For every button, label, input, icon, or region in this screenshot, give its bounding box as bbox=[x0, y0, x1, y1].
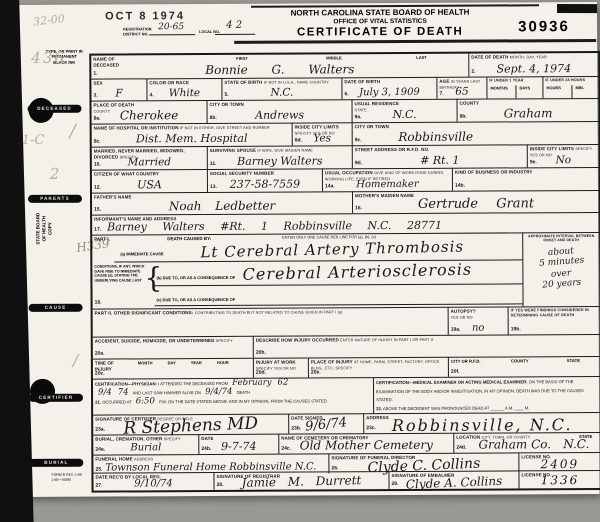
field-label: CITIZEN OF WHAT COUNTRY bbox=[94, 171, 205, 177]
item-22-number: 22. bbox=[376, 406, 382, 411]
tab-burial: BURIAL bbox=[29, 459, 83, 467]
field-date-received: DATE REC'D BY LOCAL REG. 27. 9/10/74 bbox=[93, 472, 213, 491]
hint-last: LAST bbox=[416, 55, 426, 60]
field-residence-county: COUNTY 9b. Graham bbox=[456, 98, 598, 122]
field-burial-type: BURIAL, CREMATION, OTHER SPECIFY 24a. Bu… bbox=[93, 434, 198, 455]
location-state-value: N.C. bbox=[556, 437, 596, 451]
interval-header: APPROXIMATE INTERVAL BETWEEN ONSET AND D… bbox=[525, 234, 597, 243]
attended-from-value: February bbox=[229, 378, 274, 388]
field-value: N.C. bbox=[222, 86, 341, 99]
field-value: Sept. 4, 1974 bbox=[469, 62, 598, 76]
field-value: Burial bbox=[93, 442, 198, 454]
field-label: STREET ADDRESS OR R.F.D. NO. bbox=[355, 146, 525, 153]
field-value: Gertrude Grant bbox=[353, 196, 599, 212]
alive-date-value: 9/4/74 bbox=[202, 387, 235, 397]
field-value: Barney Walters #Rt. 1 Robbinsville N.C. … bbox=[107, 218, 599, 234]
form-edition-note: FORM B REV. 1-65 1-65—500M bbox=[51, 473, 91, 483]
field-value: USA bbox=[92, 178, 207, 192]
field-number: 20b. bbox=[256, 350, 266, 356]
field-if-under-1-year: IF UNDER 1 YEAR MONTHS DAYS bbox=[486, 76, 542, 98]
section-cause-part1: PART I. DEATH CAUSED BY: ENTER ONLY ONE … bbox=[92, 232, 522, 308]
field-informant: INFORMANT'S NAME AND ADDRESS 17. Barney … bbox=[92, 212, 599, 235]
tab-cause: CAUSE bbox=[29, 304, 83, 312]
injury-county-label: COUNTY bbox=[511, 358, 529, 363]
field-age: AGE IN YEARS LAST BIRTHDAY 7. 65 bbox=[436, 77, 486, 99]
pencil-436: 436 bbox=[31, 49, 66, 67]
field-label: SEX bbox=[93, 80, 144, 86]
section-certification-physician: CERTIFICATION—PHYSICIAN: I ATTENDED THE … bbox=[93, 377, 373, 414]
cause-line-c-value bbox=[203, 289, 513, 291]
attended-from-year: 62 bbox=[275, 378, 292, 388]
field-value: Graham bbox=[458, 106, 599, 121]
column-min: MIN. bbox=[575, 85, 583, 90]
field-label: DESCRIBE HOW INJURY OCCURRED ENTER NATUR… bbox=[256, 336, 598, 344]
field-value: 1336 bbox=[519, 473, 600, 487]
attended-text: I ATTENDED THE DECEASED FROM bbox=[158, 381, 228, 386]
am-label: A.M. bbox=[505, 405, 513, 410]
field-if-under-24-hours: IF UNDER 24 HOURS HOURS MIN. bbox=[542, 76, 598, 98]
field-cemetery-location: LOCATION CITY, TOWN, OR COUNTY STATE 24d… bbox=[453, 432, 600, 453]
field-color-or-race: COLOR OR RACE 4. White bbox=[146, 78, 221, 100]
examiner-text: EXAMINATION OF THE BODY AND/OR INVESTIGA… bbox=[376, 388, 584, 402]
item-21-number: 21. bbox=[95, 399, 101, 404]
field-value: 9/10/74 bbox=[93, 478, 213, 490]
last-saw-alive-text: AND LAST SAW HIM/HER ALIVE ON bbox=[132, 390, 201, 395]
field-injury-location: CITY OR R.F.D. COUNTY STATE 20f. bbox=[448, 356, 600, 377]
header-bottom-rule bbox=[234, 39, 596, 44]
date-received-stamp: OCT 8 1974 bbox=[105, 10, 185, 22]
field-value: Old Mother Cemetery bbox=[279, 438, 453, 453]
field-label: SURVIVING SPOUSE IF WIFE, GIVE MAIDEN NA… bbox=[210, 147, 350, 153]
page-title: CERTIFICATE OF DEATH bbox=[249, 25, 511, 41]
injury-city-label: CITY OR R.F.D. bbox=[451, 359, 481, 364]
certificate-number: 30936 bbox=[518, 18, 570, 35]
examiner-basis-note: ON THE BASIS OF THE bbox=[529, 379, 574, 384]
field-residence-state: USUAL RESIDENCESTATE 9a. N.C. bbox=[351, 99, 456, 123]
death-caused-by-label: DEATH CAUSED BY: bbox=[167, 236, 211, 241]
field-label: SOCIAL SECURITY NUMBER bbox=[210, 170, 320, 176]
pencil-slash-2: / bbox=[73, 351, 78, 370]
field-place-of-death-city: CITY OR TOWN 8b. Andrews bbox=[207, 99, 352, 123]
field-number: 17. bbox=[94, 227, 101, 233]
field-number: 20a. bbox=[95, 351, 105, 357]
field-label: DATE OF BIRTH bbox=[344, 79, 434, 85]
field-date-of-birth: DATE OF BIRTH 6. July 3, 1909 bbox=[341, 77, 436, 99]
field-number: 20f. bbox=[451, 369, 460, 375]
field-number: 14b. bbox=[455, 183, 465, 189]
field-usual-occupation: USUAL OCCUPATION GIVE KIND OF WORK DONE … bbox=[322, 168, 452, 192]
attended-to-value: 9/4 bbox=[95, 388, 115, 398]
section-part2-conditions: PART II. OTHER SIGNIFICANT CONDITIONS: C… bbox=[93, 307, 448, 337]
field-sex: SEX 3. F bbox=[91, 78, 146, 100]
field-certifier-address: ADDRESS 23c. Robbinsville, N.C. bbox=[363, 412, 600, 433]
field-father-name: FATHER'S NAME 15. Noah Ledbetter bbox=[92, 191, 352, 214]
column-days: DAYS bbox=[519, 85, 530, 90]
examiner-cert-title: CERTIFICATION—MEDICAL EXAMINER OR ACTING… bbox=[376, 379, 528, 385]
section-cause-interval: APPROXIMATE INTERVAL BETWEEN ONSET AND D… bbox=[522, 232, 599, 306]
field-value: Bonnie G. Walters bbox=[91, 62, 468, 78]
death-word: DEATH bbox=[237, 390, 251, 395]
field-time-of-injury: TIME OF INJURY MONTH DAY YEAR HOUR 20c. bbox=[93, 358, 253, 379]
field-mother-maiden-name: MOTHER'S MAIDEN NAME 16. Gertrude Grant bbox=[352, 190, 599, 213]
field-name-of-deceased: NAME OF DECEASED FIRST MIDDLE LAST 1. Bo… bbox=[91, 54, 468, 79]
field-number: 20d. bbox=[256, 370, 266, 376]
field-number: 20c. bbox=[95, 371, 105, 377]
field-label: PART II. OTHER SIGNIFICANT CONDITIONS: C… bbox=[95, 309, 446, 317]
certificate-form: NAME OF DECEASED FIRST MIDDLE LAST 1. Bo… bbox=[89, 51, 600, 493]
field-value: Noah Ledbetter bbox=[92, 198, 352, 213]
header-title-block: NORTH CAROLINA STATE BOARD OF HEALTH OFF… bbox=[249, 7, 511, 40]
scan-corner-artifact bbox=[557, 4, 597, 13]
section-certification-examiner: CERTIFICATION—MEDICAL EXAMINER OR ACTING… bbox=[373, 376, 600, 413]
field-residence-city: CITY OR TOWN 9c. Robbinsville bbox=[352, 121, 599, 145]
pronounced-dead-text: ABOVE THE DECEDENT WAS PRONOUNCED DEAD A… bbox=[383, 405, 489, 411]
field-value: Cherokee bbox=[92, 108, 207, 123]
field-value: N.C. bbox=[353, 108, 457, 122]
field-value: Married bbox=[92, 156, 207, 169]
field-label: PLACE OF INJURY AT HOME, FARM, STREET, F… bbox=[311, 359, 446, 371]
copy-designation-note: STATE BOARD OF HEALTH COPY bbox=[35, 199, 53, 259]
field-injury-at-work: INJURY AT WORK SPECIFY YES OR NO 20d. bbox=[253, 357, 308, 377]
field-value: 9-7-74 bbox=[199, 440, 278, 453]
field-value: Dist. Mem. Hospital bbox=[92, 132, 292, 146]
hint-first: FIRST bbox=[236, 56, 248, 61]
field-cemetery-name: NAME OF CEMETERY OR CREMATORY 24c. Old M… bbox=[278, 433, 453, 454]
field-business-industry: KIND OF BUSINESS OR INDUSTRY 14b. bbox=[452, 167, 599, 191]
pencil-1c: 1-C bbox=[22, 133, 45, 148]
field-signature-of-certifier: SIGNATURE OF CERTIFIER DEGREE OR TITLE 2… bbox=[93, 414, 288, 435]
field-label: DATE OF DEATH MONTH, DAY, YEAR bbox=[471, 54, 596, 60]
field-label: KIND OF BUSINESS OR INDUSTRY bbox=[455, 169, 597, 175]
field-surviving-spouse: SURVIVING SPOUSE IF WIFE, GIVE MAIDEN NA… bbox=[207, 145, 352, 169]
due-to-c-label: (c) DUE TO, OR AS A CONSEQUENCE OF bbox=[157, 297, 236, 302]
field-autopsy: AUTOPSY?YES OR NO 19a. no bbox=[448, 306, 508, 334]
ampm-label: P.M. bbox=[159, 399, 167, 404]
field-residence-inside-city-limits: INSIDE CITY LIMITS SPECIFY YES OR NO 9e.… bbox=[527, 144, 599, 167]
tab-certifier: CERTIFIER bbox=[29, 394, 83, 402]
part1-label: PART I. bbox=[94, 237, 110, 242]
field-label: ACCIDENT, SUICIDE, HOMICIDE, OR UNDETERM… bbox=[95, 338, 251, 345]
field-label: STATE OF BIRTH IF NOT IN U.S.A., NAME CO… bbox=[224, 79, 339, 85]
hint-middle: MIDDLE bbox=[326, 55, 341, 60]
tab-deceased: DECEASED bbox=[28, 105, 82, 113]
field-value: No bbox=[528, 154, 599, 166]
field-hospital: NAME OF HOSPITAL OR INSTITUTION IF NOT I… bbox=[92, 123, 292, 147]
field-date-signed: DATE SIGNED 23b. 9/6/74 bbox=[288, 413, 363, 433]
conditions-note: CONDITIONS, IF ANY, WHICH GAVE RISE TO I… bbox=[94, 264, 144, 283]
column-divider bbox=[571, 85, 572, 98]
field-value: 65 bbox=[437, 86, 486, 98]
field-embalmer-license: LICENSE NO. 1336 bbox=[518, 470, 600, 488]
cause-line-b-value: Cerebral Arteriosclerosis bbox=[202, 259, 512, 285]
item-18-number: 18. bbox=[95, 300, 102, 306]
field-value: Robbinsville bbox=[273, 129, 599, 145]
field-date-of-death: DATE OF DEATH MONTH, DAY, YEAR 2. Sept. … bbox=[468, 53, 598, 77]
field-value: 237-58-7559 bbox=[208, 177, 322, 191]
field-value: Andrews bbox=[208, 108, 352, 122]
field-label: CITY OR TOWN bbox=[210, 101, 350, 107]
field-label: COLOR OR RACE bbox=[149, 80, 219, 86]
time-columns: MONTH DAY YEAR HOUR bbox=[138, 360, 229, 365]
field-place-of-death-county: PLACE OF DEATHCOUNTY 8a. Cherokee bbox=[92, 100, 207, 124]
local-number-value: 4 2 bbox=[217, 20, 251, 31]
field-value: White bbox=[147, 87, 221, 99]
field-value: Barney Walters bbox=[208, 154, 352, 168]
interval-b-value: over 20 years bbox=[523, 266, 600, 292]
field-number: 20e. bbox=[311, 369, 321, 375]
occurred-at-text: OCCURRED AT bbox=[102, 399, 131, 404]
pencil-code: 32-00 bbox=[32, 12, 65, 28]
field-street-address: STREET ADDRESS OR R.F.D. NO. 9d. # Rt. 1 bbox=[352, 144, 527, 168]
field-burial-date: DATE 24b. 9-7-74 bbox=[198, 434, 278, 454]
field-marital-status: MARRIED, NEVER MARRIED, WIDOWED, DIVORCE… bbox=[92, 146, 207, 170]
field-how-injury-occurred: DESCRIBE HOW INJURY OCCURRED ENTER NATUR… bbox=[253, 334, 600, 358]
field-value: July 3, 1909 bbox=[342, 87, 436, 98]
field-label: AUTOPSY?YES OR NO bbox=[451, 308, 506, 320]
field-label: IF UNDER 24 HOURS bbox=[545, 78, 596, 83]
registration-district-value: 20-65 bbox=[151, 22, 191, 32]
pencil-2: 2 bbox=[50, 165, 60, 183]
column-divider bbox=[515, 85, 516, 98]
field-label: IF UNDER 1 YEAR bbox=[489, 78, 540, 83]
column-hours: HOURS bbox=[546, 85, 560, 90]
field-state-of-birth: STATE OF BIRTH IF NOT IN U.S.A., NAME CO… bbox=[221, 77, 341, 100]
certificate-paper: 32-00 OCT 8 1974 REGISTRATION DISTRICT N… bbox=[19, 2, 600, 497]
field-place-of-injury: PLACE OF INJURY AT HOME, FARM, STREET, F… bbox=[308, 357, 448, 378]
field-citizen-of: CITIZEN OF WHAT COUNTRY 12. USA bbox=[92, 169, 207, 193]
physician-cert-title: CERTIFICATION—PHYSICIAN: bbox=[95, 381, 157, 386]
field-value: # Rt. 1 bbox=[353, 153, 527, 167]
field-value: F bbox=[91, 87, 146, 99]
field-number: 19b. bbox=[511, 326, 521, 332]
pencil-slash-1: / bbox=[70, 121, 76, 142]
occurred-rest-text: ON THE DATE STATED ABOVE, AND IN MY OPIN… bbox=[168, 398, 328, 404]
field-registrar-signature: SIGNATURE OF REGISTRAR 28. Jamie M. Durr… bbox=[213, 471, 388, 490]
attended-to-year: 74 bbox=[115, 388, 132, 398]
injury-state-label: STATE bbox=[567, 358, 580, 363]
field-autopsy-findings: IF YES WERE FINDINGS CONSIDERED IN DETER… bbox=[508, 306, 600, 334]
field-value: Homemaker bbox=[323, 179, 452, 191]
registrar-signature: Jamie M. Durrett bbox=[214, 473, 388, 491]
column-months: MONTHS bbox=[490, 85, 507, 90]
field-label: IF YES WERE FINDINGS CONSIDERED IN DETER… bbox=[511, 308, 598, 318]
field-embalmer-signature: SIGNATURE OF EMBALMER 29. Clyde A. Colli… bbox=[388, 470, 518, 489]
field-label: NAME OF HOSPITAL OR INSTITUTION IF NOT I… bbox=[94, 125, 290, 132]
death-time-value: 6:50 bbox=[133, 396, 158, 406]
field-social-security-number: SOCIAL SECURITY NUMBER 13. 237-58-7559 bbox=[207, 168, 322, 192]
field-value: no bbox=[449, 322, 508, 333]
field-manner-of-death: ACCIDENT, SUICIDE, HOMICIDE, OR UNDETERM… bbox=[93, 336, 253, 359]
m-label: M. bbox=[525, 405, 530, 410]
